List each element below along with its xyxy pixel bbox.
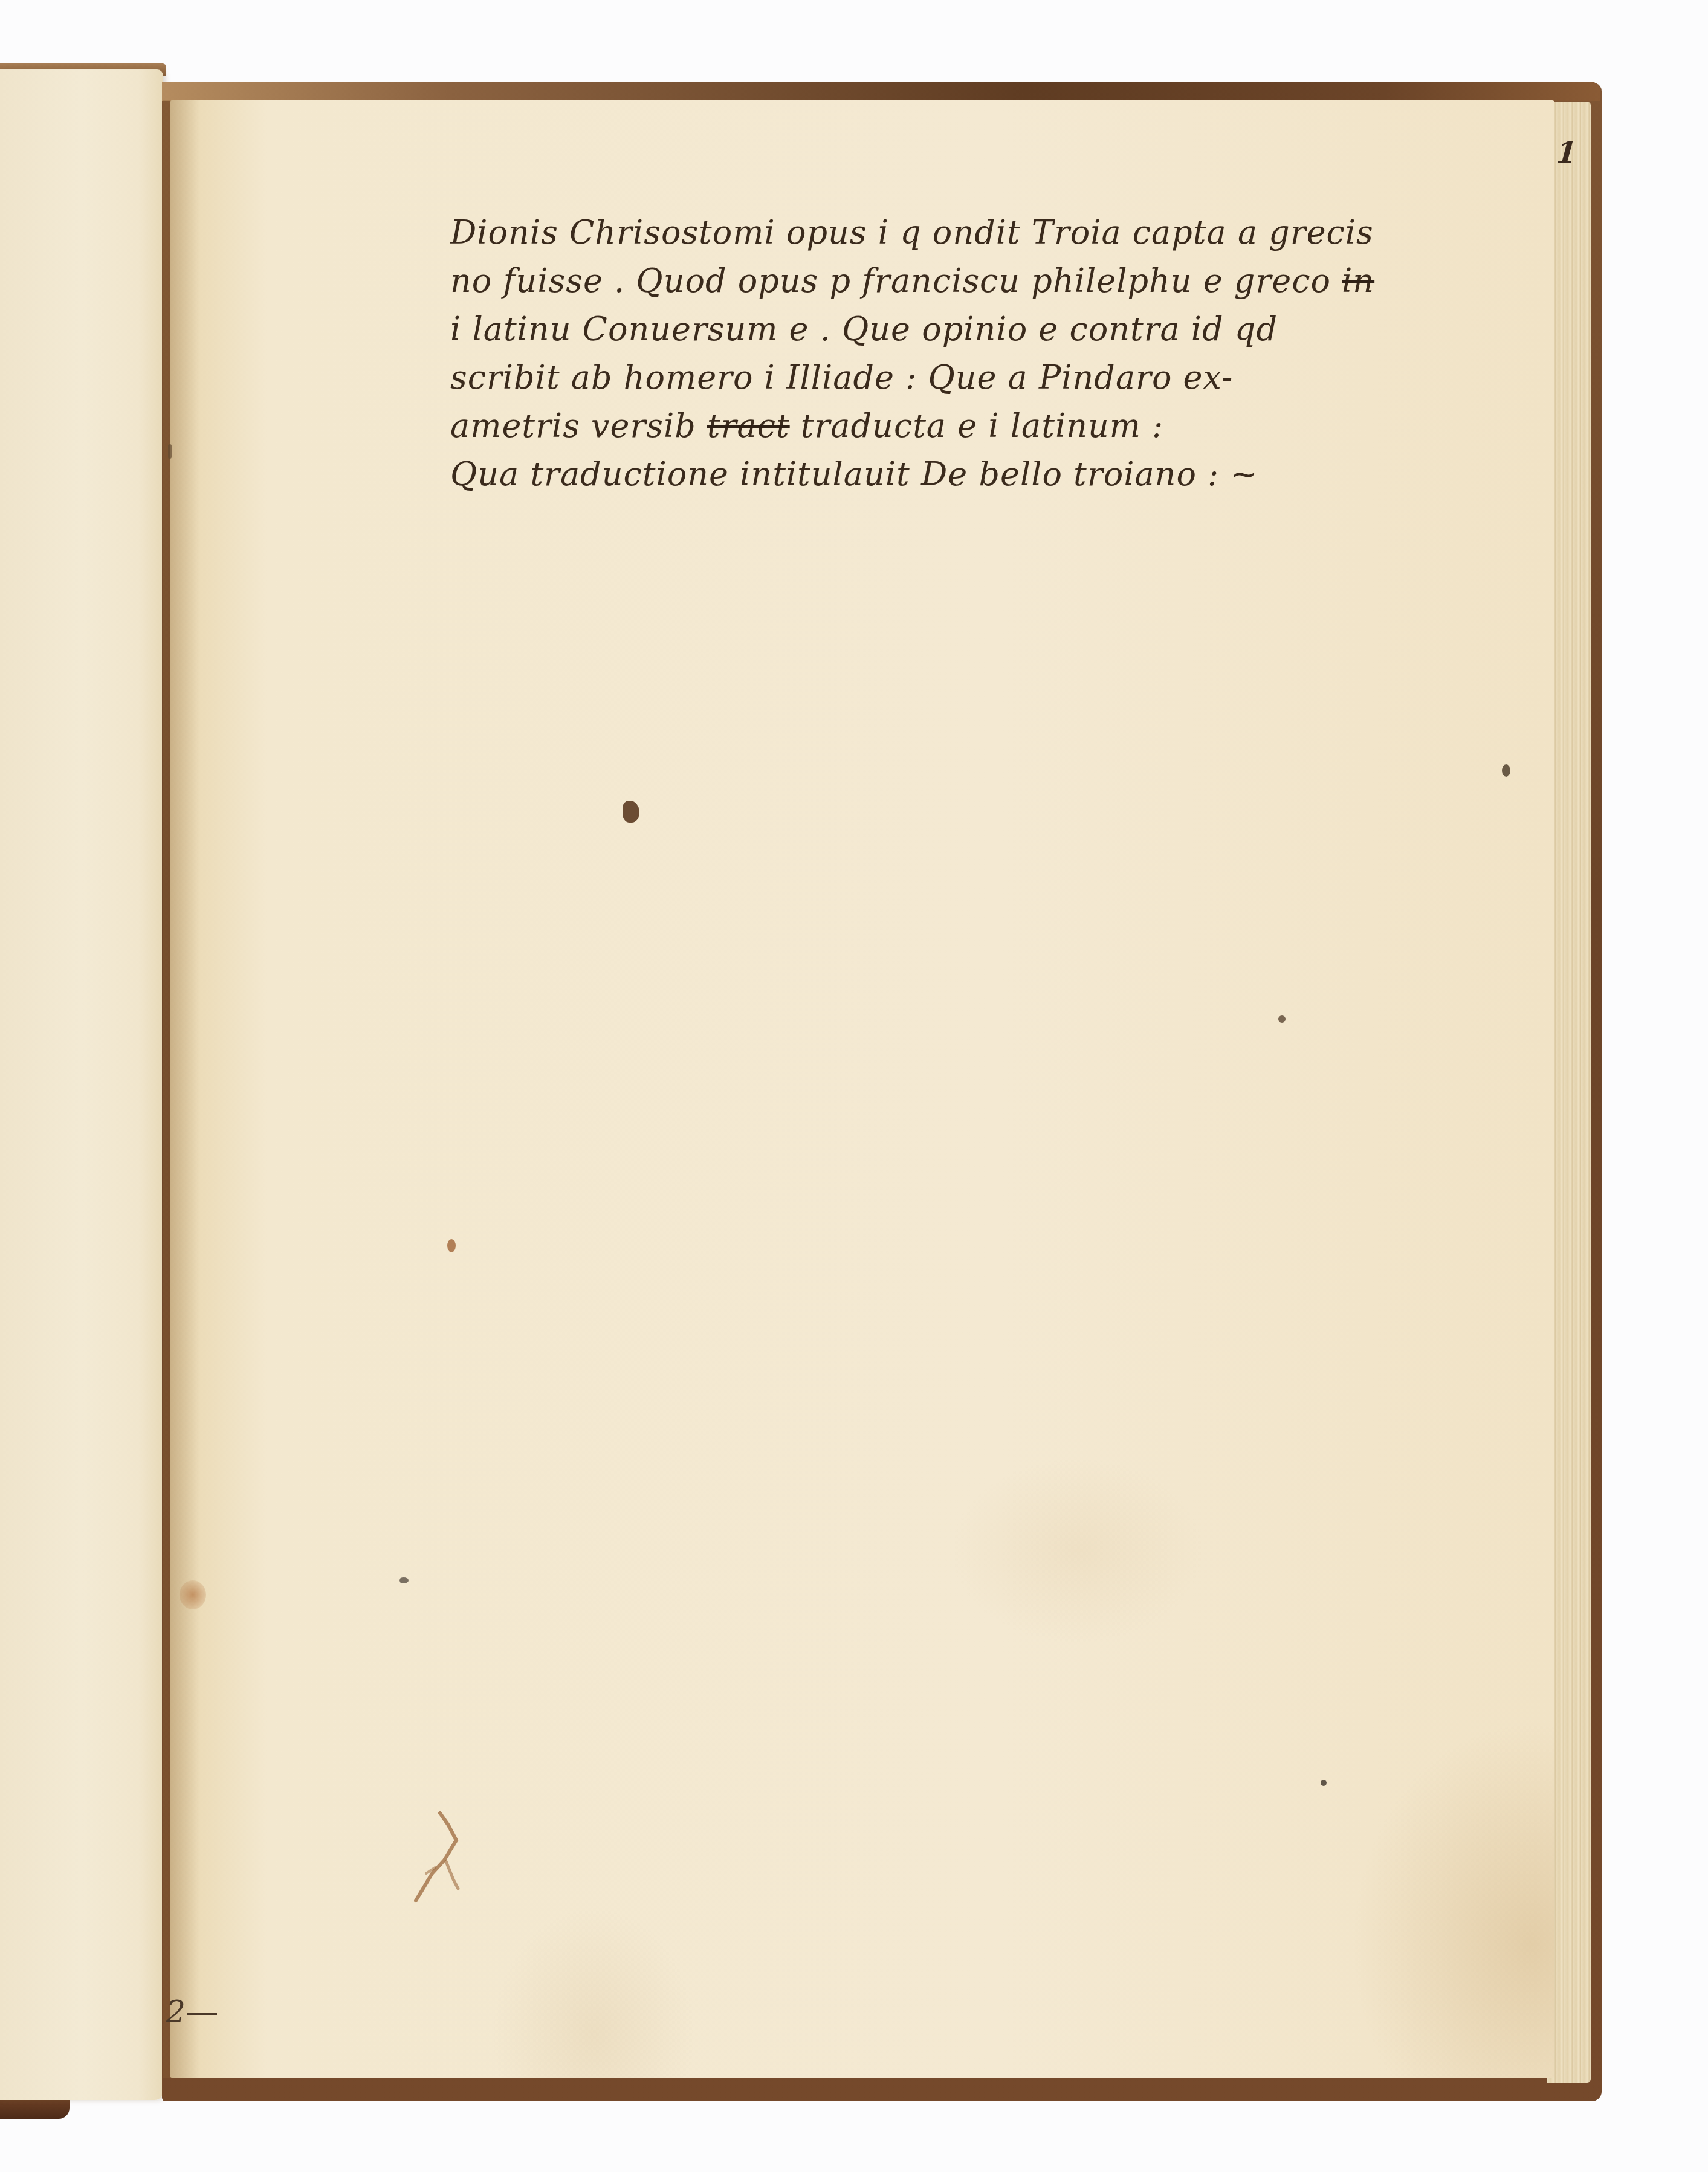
- text-line-4: scribit ab homero i Illiade : Que a Pind…: [450, 354, 1532, 402]
- text-line-6: Qua traductione intitulauit De bello tro…: [450, 450, 1532, 499]
- page-number: 2: [166, 1994, 217, 2029]
- text-line-3: i latinu Conuersum e . Que opinio e cont…: [450, 305, 1532, 354]
- text-segment: i latinu Conuersum e . Que opinio e cont…: [450, 310, 1278, 348]
- left-binding-bottom-edge: [0, 2097, 70, 2119]
- text-segment: Dionis Chrisostomi opus i q ondit Troia …: [450, 213, 1374, 251]
- text-line-5: ametris versib tract traducta e i latinu…: [450, 402, 1532, 450]
- struck-text-segment: tract: [707, 407, 790, 445]
- handwritten-text-block: Dionis Chrisostomi opus i q ondit Troia …: [450, 208, 1532, 499]
- branching-stain-mark: [411, 1789, 490, 1904]
- struck-text-segment: in: [1342, 262, 1374, 300]
- rust-spot-mark: [1502, 764, 1510, 777]
- text-segment: traducta e i latinum :: [790, 407, 1164, 445]
- gutter-mark: [168, 444, 172, 459]
- text-segment: scribit ab homero i Illiade : Que a Pind…: [450, 358, 1233, 396]
- foxing-stain: [180, 1580, 206, 1609]
- dust-spot: [1278, 1015, 1286, 1023]
- left-page: [0, 69, 163, 2100]
- dust-spot: [1321, 1780, 1327, 1786]
- ink-blot-mark: [623, 801, 639, 823]
- text-segment: no fuisse . Quod opus p franciscu philel…: [450, 262, 1342, 300]
- text-line-2: no fuisse . Quod opus p franciscu philel…: [450, 257, 1532, 305]
- text-line-1: Dionis Chrisostomi opus i q ondit Troia …: [450, 208, 1532, 257]
- foxing-spot: [447, 1239, 456, 1252]
- text-segment: Qua traductione intitulauit De bello tro…: [450, 455, 1258, 493]
- book-photograph: 1 2 Dionis Chrisostomi opus i q ondit Tr…: [0, 0, 1708, 2172]
- text-segment: ametris versib: [450, 407, 707, 445]
- dust-spot: [399, 1577, 409, 1583]
- gutter-shadow: [163, 100, 199, 2078]
- leather-cover-top-edge: [162, 82, 1600, 101]
